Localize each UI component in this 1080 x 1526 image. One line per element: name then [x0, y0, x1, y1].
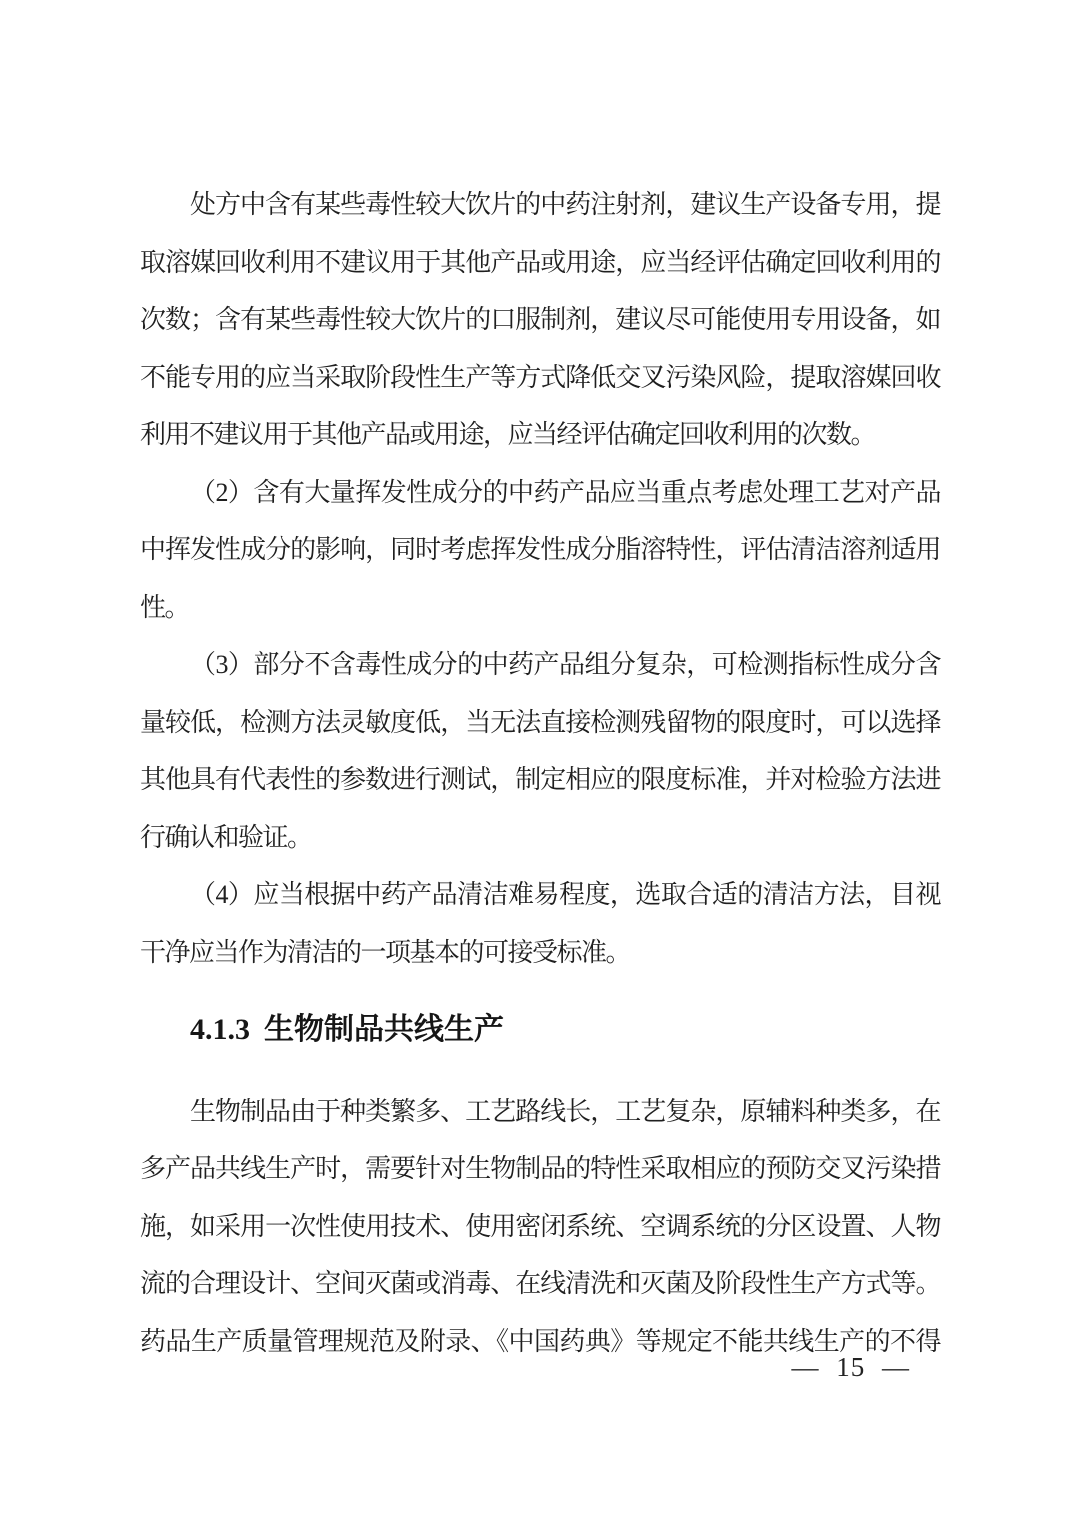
text-line: 处方中含有某些毒性较大饮片的中药注射剂，建议生产设备专用，提: [140, 176, 940, 234]
section-number: 4.1.3: [190, 1013, 250, 1046]
text-line: 利用不建议用于其他产品或用途，应当经评估确定回收利用的次数。: [140, 406, 940, 464]
para-item-4-cleaning-method: （4）应当根据中药产品清洁难易程度，选取合适的清洁方法，目视干净应当作为清洁的一…: [140, 866, 940, 981]
text-line: 生物制品由于种类繁多、工艺路线长，工艺复杂，原辅料种类多，在: [140, 1083, 940, 1141]
text-line: 干净应当作为清洁的一项基本的可接受标准。: [140, 924, 940, 982]
text-line: 不能专用的应当采取阶段性生产等方式降低交叉污染风险，提取溶媒回收: [140, 349, 940, 407]
text-line: （4）应当根据中药产品清洁难易程度，选取合适的清洁方法，目视: [140, 866, 940, 924]
text-line: 次数；含有某些毒性较大饮片的口服制剂，建议尽可能使用专用设备，如: [140, 291, 940, 349]
section-title: 生物制品共线生产: [264, 1013, 504, 1046]
text-line: 取溶媒回收利用不建议用于其他产品或用途，应当经评估确定回收利用的: [140, 234, 940, 292]
text-line: 性。: [140, 579, 940, 637]
para-biologics-shared-line: 生物制品由于种类繁多、工艺路线长，工艺复杂，原辅料种类多，在多产品共线生产时，需…: [140, 1083, 940, 1371]
para-item-3-complex-composition: （3）部分不含毒性成分的中药产品组分复杂，可检测指标性成分含量较低，检测方法灵敏…: [140, 636, 940, 866]
text-line: 施，如采用一次性使用技术、使用密闭系统、空调系统的分区设置、人物: [140, 1198, 940, 1256]
text-line: 多产品共线生产时，需要针对生物制品的特性采取相应的预防交叉污染措: [140, 1140, 940, 1198]
text-line: 行确认和验证。: [140, 809, 940, 867]
document-content: 处方中含有某些毒性较大饮片的中药注射剂，建议生产设备专用，提取溶媒回收利用不建议…: [140, 176, 940, 1370]
text-line: 中挥发性成分的影响，同时考虑挥发性成分脂溶特性，评估清洁溶剂适用: [140, 521, 940, 579]
page-footer: — 15 —: [792, 1352, 911, 1383]
text-line: 流的合理设计、空间灭菌或消毒、在线清洗和灭菌及阶段性生产方式等。: [140, 1255, 940, 1313]
para-toxic-decoction-pieces: 处方中含有某些毒性较大饮片的中药注射剂，建议生产设备专用，提取溶媒回收利用不建议…: [140, 176, 940, 464]
document-page: 处方中含有某些毒性较大饮片的中药注射剂，建议生产设备专用，提取溶媒回收利用不建议…: [0, 0, 1080, 1526]
heading-4-1-3-biologics: 4.1.3生物制品共线生产: [190, 1001, 940, 1059]
text-line: 量较低，检测方法灵敏度低，当无法直接检测残留物的限度时，可以选择: [140, 694, 940, 752]
text-line: （2）含有大量挥发性成分的中药产品应当重点考虑处理工艺对产品: [140, 464, 940, 522]
para-item-2-volatile-components: （2）含有大量挥发性成分的中药产品应当重点考虑处理工艺对产品中挥发性成分的影响，…: [140, 464, 940, 637]
text-line: 其他具有代表性的参数进行测试，制定相应的限度标准，并对检验方法进: [140, 751, 940, 809]
page-number: — 15 —: [792, 1352, 911, 1382]
text-line: （3）部分不含毒性成分的中药产品组分复杂，可检测指标性成分含: [140, 636, 940, 694]
